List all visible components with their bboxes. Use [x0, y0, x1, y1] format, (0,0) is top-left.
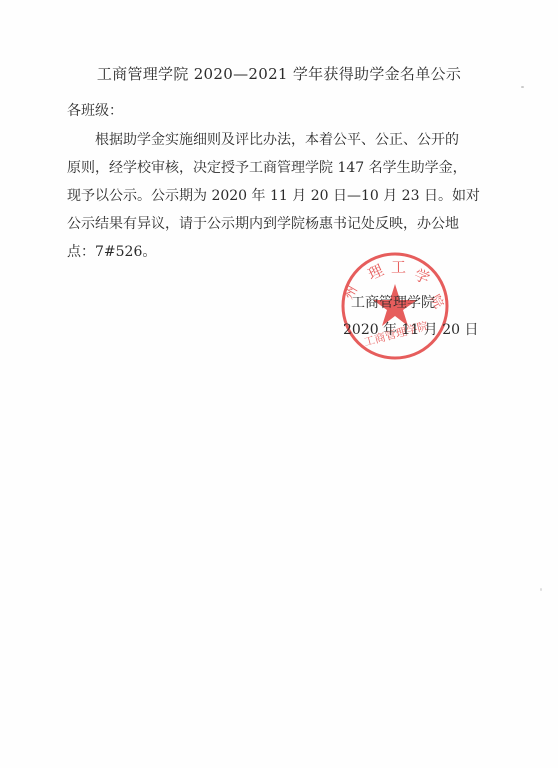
scan-artifact — [521, 86, 524, 88]
document-body: 根据助学金实施细则及评比办法，本着公平、公正、公开的 原则，经学校审核，决定授予… — [67, 126, 482, 266]
signature-organization: 工商管理学院 — [351, 292, 435, 312]
salutation: 各班级： — [67, 100, 123, 120]
body-line: 原则，经学校审核，决定授予工商管理学院 147 名学生助学金， — [67, 154, 482, 182]
body-line: 根据助学金实施细则及评比办法，本着公平、公正、公开的 — [67, 126, 482, 154]
scanned-document-page: 工商管理学院 2020—2021 学年获得助学金名单公示 各班级： 根据助学金实… — [0, 0, 558, 768]
scan-artifact — [540, 588, 542, 591]
body-line: 现予以公示。公示期为 2020 年 11 月 20 日—10 月 23 日。如对 — [67, 182, 482, 210]
svg-text:工: 工 — [391, 258, 406, 276]
svg-text:理: 理 — [365, 261, 386, 284]
signature-date: 2020 年 11 月 20 日 — [343, 319, 479, 339]
document-title: 工商管理学院 2020—2021 学年获得助学金名单公示 — [0, 63, 558, 84]
body-line: 公示结果有异议，请于公示期内到学院杨惠书记处反映，办公地 — [67, 210, 482, 238]
